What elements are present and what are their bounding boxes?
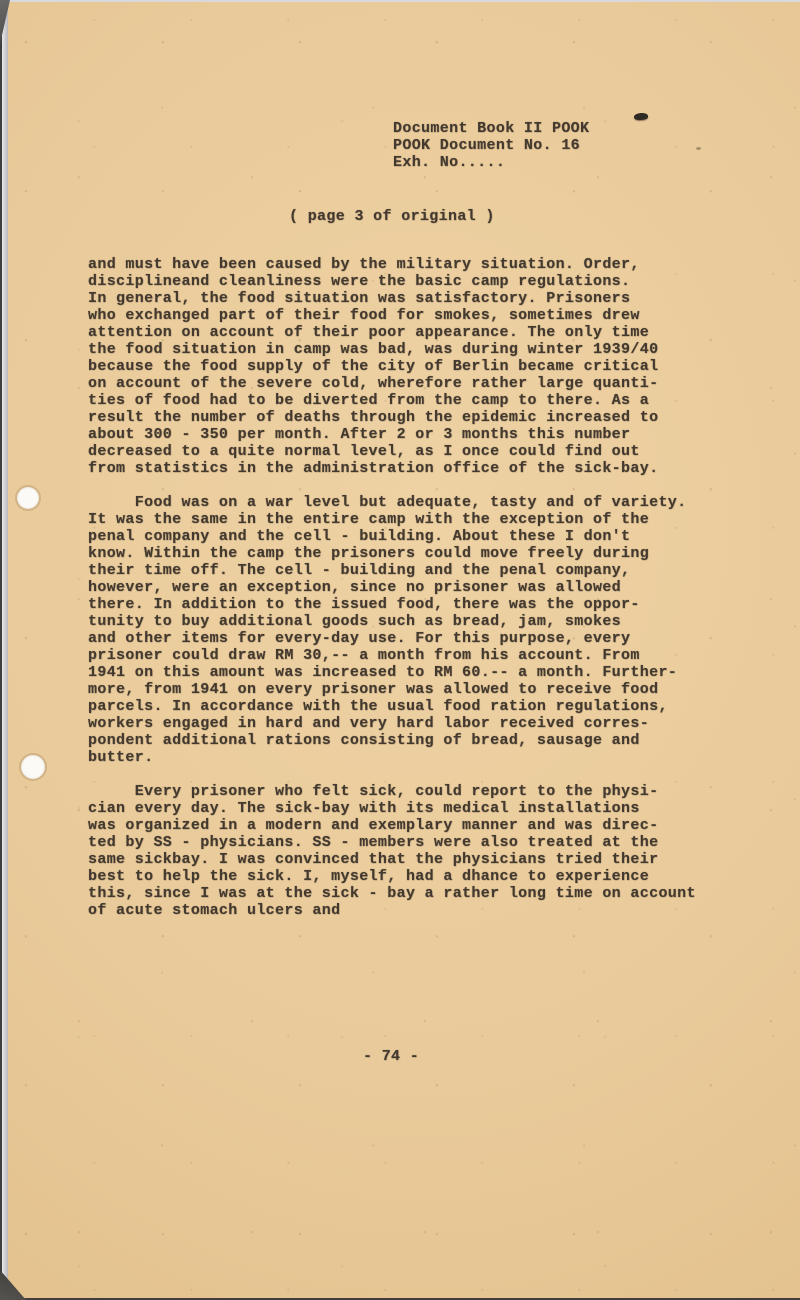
text-line: more, from 1941 on every prisoner was al…	[88, 681, 728, 698]
text-line: and other items for every-day use. For t…	[88, 630, 728, 647]
text-line: 1941 on this amount was increased to RM …	[88, 664, 728, 681]
document-header: Document Book II POOK POOK Document No. …	[393, 120, 589, 171]
text-line: from statistics in the administration of…	[88, 460, 728, 477]
text-line: decreased to a quite normal level, as I …	[88, 443, 728, 460]
text-line: there. In addition to the issued food, t…	[88, 596, 728, 613]
text-line: Every prisoner who felt sick, could repo…	[88, 783, 728, 800]
text-line: same sickbay. I was convinced that the p…	[88, 851, 728, 868]
text-line: the food situation in camp was bad, was …	[88, 341, 728, 358]
paragraph: Food was on a war level but adequate, ta…	[88, 494, 728, 766]
text-line: their time off. The cell - building and …	[88, 562, 728, 579]
text-line: tunity to buy additional goods such as b…	[88, 613, 728, 630]
body-paragraphs: and must have been caused by the militar…	[88, 256, 728, 936]
text-line: about 300 - 350 per month. After 2 or 3 …	[88, 426, 728, 443]
header-line-document-no: POOK Document No. 16	[393, 137, 589, 154]
text-line: attention on account of their poor appea…	[88, 324, 728, 341]
ink-smudge	[634, 113, 648, 121]
text-line: It was the same in the entire camp with …	[88, 511, 728, 528]
text-line: this, since I was at the sick - bay a ra…	[88, 885, 728, 902]
text-line: In general, the food situation was satis…	[88, 290, 728, 307]
paragraph: and must have been caused by the militar…	[88, 256, 728, 477]
text-line: prisoner could draw RM 30,-- a month fro…	[88, 647, 728, 664]
text-line: pondent additional rations consisting of…	[88, 732, 728, 749]
text-line: disciplineand cleanliness were the basic…	[88, 273, 728, 290]
hole-punch-bottom	[21, 755, 45, 779]
text-line: however, were an exception, since no pri…	[88, 579, 728, 596]
page-number: - 74 -	[363, 1048, 419, 1065]
header-line-book: Document Book II POOK	[393, 120, 589, 137]
text-line: cian every day. The sick-bay with its me…	[88, 800, 728, 817]
text-line: was organized in a modern and exemplary …	[88, 817, 728, 834]
text-line: who exchanged part of their food for smo…	[88, 307, 728, 324]
text-line: because the food supply of the city of B…	[88, 358, 728, 375]
paper-page: Document Book II POOK POOK Document No. …	[8, 2, 800, 1298]
text-line: penal company and the cell - building. A…	[88, 528, 728, 545]
text-line: ties of food had to be diverted from the…	[88, 392, 728, 409]
text-line: Food was on a war level but adequate, ta…	[88, 494, 728, 511]
text-line: know. Within the camp the prisoners coul…	[88, 545, 728, 562]
hole-punch-top	[17, 487, 39, 509]
ink-speck	[696, 147, 701, 150]
text-line: of acute stomach ulcers and	[88, 902, 728, 919]
text-line: ted by SS - physicians. SS - members wer…	[88, 834, 728, 851]
document-scan: Document Book II POOK POOK Document No. …	[0, 0, 800, 1300]
original-page-reference: ( page 3 of original )	[289, 208, 495, 225]
paragraph: Every prisoner who felt sick, could repo…	[88, 783, 728, 919]
text-line: and must have been caused by the militar…	[88, 256, 728, 273]
text-line: best to help the sick. I, myself, had a …	[88, 868, 728, 885]
text-line: result the number of deaths through the …	[88, 409, 728, 426]
text-line: parcels. In accordance with the usual fo…	[88, 698, 728, 715]
text-line: butter.	[88, 749, 728, 766]
header-line-exhibit-no: Exh. No.....	[393, 154, 589, 171]
text-line: workers engaged in hard and very hard la…	[88, 715, 728, 732]
text-line: on account of the severe cold, wherefore…	[88, 375, 728, 392]
